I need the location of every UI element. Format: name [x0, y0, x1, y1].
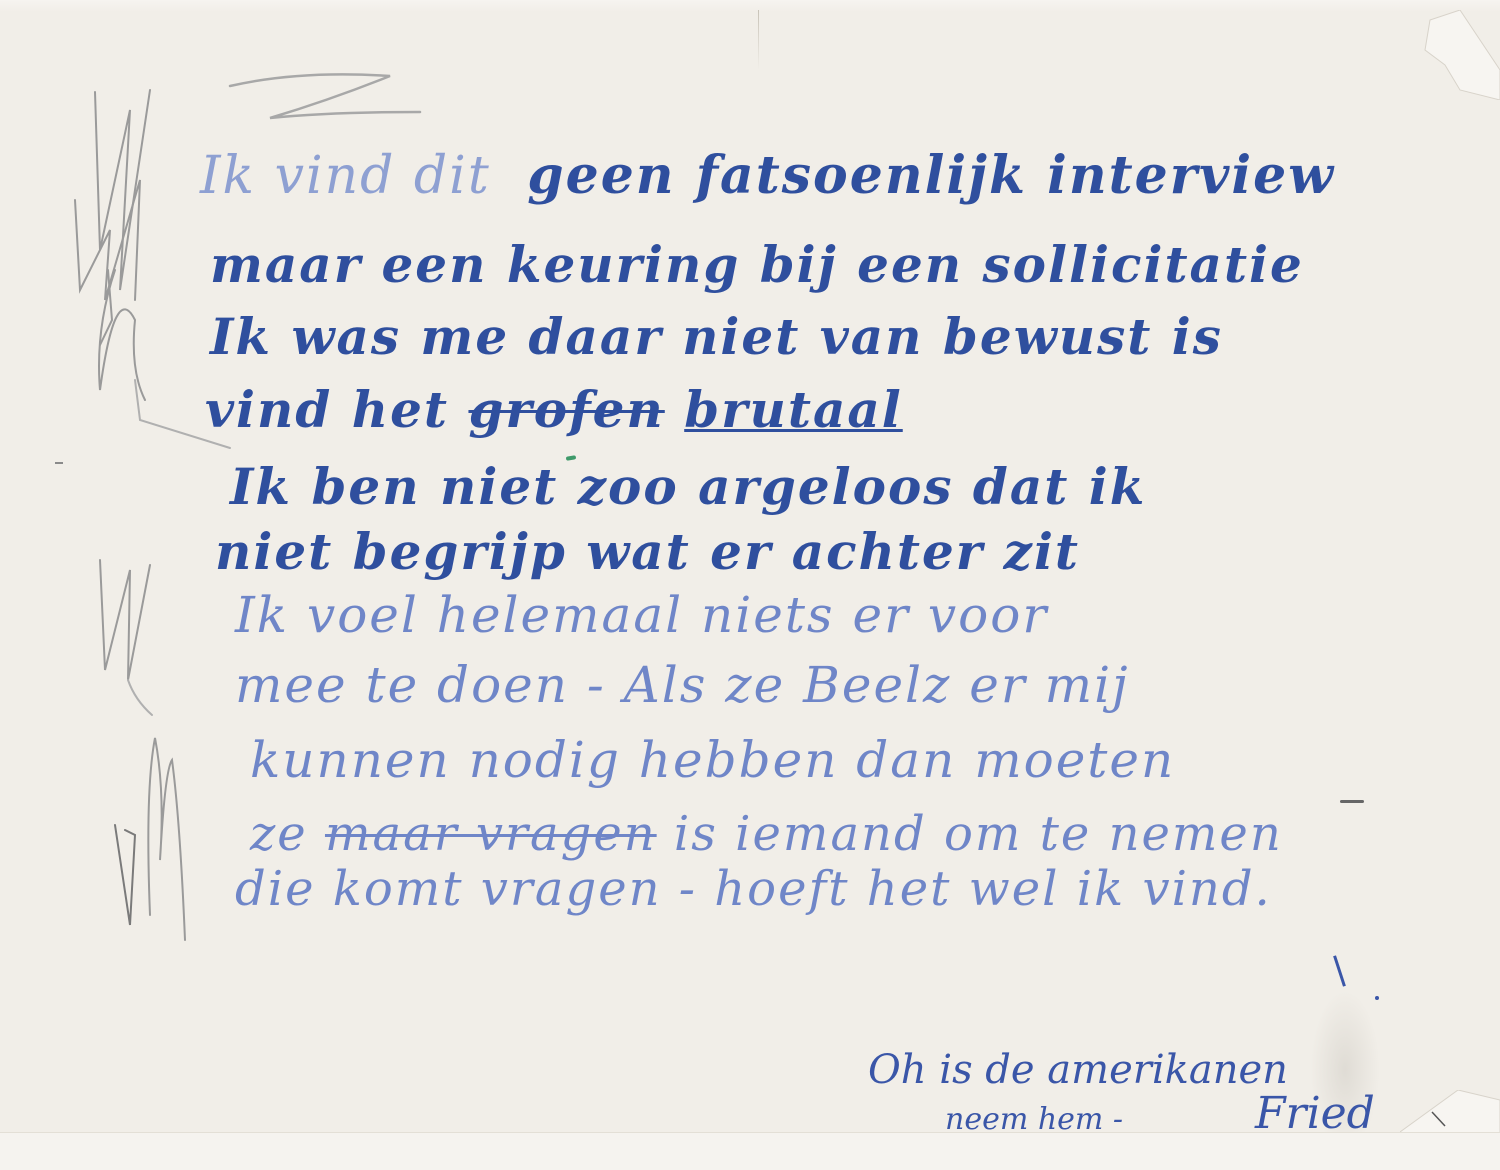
note-line-11: die komt vragen - hoeft het wel ik vind.	[235, 865, 1272, 913]
note-line-7: Ik voel helemaal niets er voor	[235, 590, 1048, 640]
struck-word-maar-vragen: maar vragen	[325, 806, 657, 862]
pencil-mark-near-line-10	[1340, 800, 1364, 803]
note-line-9: kunnen nodig hebben dan moeten	[250, 735, 1175, 785]
note-line-1: Ik vind dit geen fatsoenlijk interview	[200, 150, 1335, 202]
pencil-dash-mark	[55, 462, 63, 464]
note-line-1-end: geen fatsoenlijk interview	[527, 145, 1335, 206]
fold-line	[758, 10, 759, 70]
note-line-5: Ik ben niet zoo argeloos dat ik	[230, 462, 1146, 512]
note-line-10-suffix: is iemand om te nemen	[674, 806, 1283, 862]
struck-word-grofen: grofen	[468, 380, 664, 439]
signature: Fried	[1255, 1092, 1375, 1136]
note-line-2: maar een keuring bij een sollicitatie	[210, 240, 1304, 290]
closing-line-2: neem hem -	[945, 1105, 1123, 1135]
note-line-10-prefix: ze	[250, 806, 308, 862]
stray-pen-stroke	[1333, 955, 1346, 986]
closing-line-1: Oh is de amerikanen	[868, 1050, 1288, 1090]
stray-pen-dot	[1375, 996, 1379, 1000]
note-line-8: mee te doen - Als ze Beelz er mij	[235, 660, 1130, 710]
paper-top-edge	[0, 0, 1500, 12]
note-line-1-start: Ik vind dit	[200, 146, 491, 206]
note-line-4-prefix: vind het	[205, 380, 449, 439]
underlined-word-brutaal: brutaal	[684, 380, 903, 439]
handwritten-note-page: Ik vind dit geen fatsoenlijk interview m…	[0, 0, 1500, 1170]
note-line-4: vind het grofen brutaal	[205, 385, 903, 435]
folded-corner-top-right	[1400, 10, 1500, 100]
note-line-3: Ik was me daar niet van bewust is	[210, 312, 1223, 362]
note-line-6: niet begrijp wat er achter zit	[215, 527, 1080, 577]
note-line-10: ze maar vragen is iemand om te nemen	[250, 810, 1283, 858]
